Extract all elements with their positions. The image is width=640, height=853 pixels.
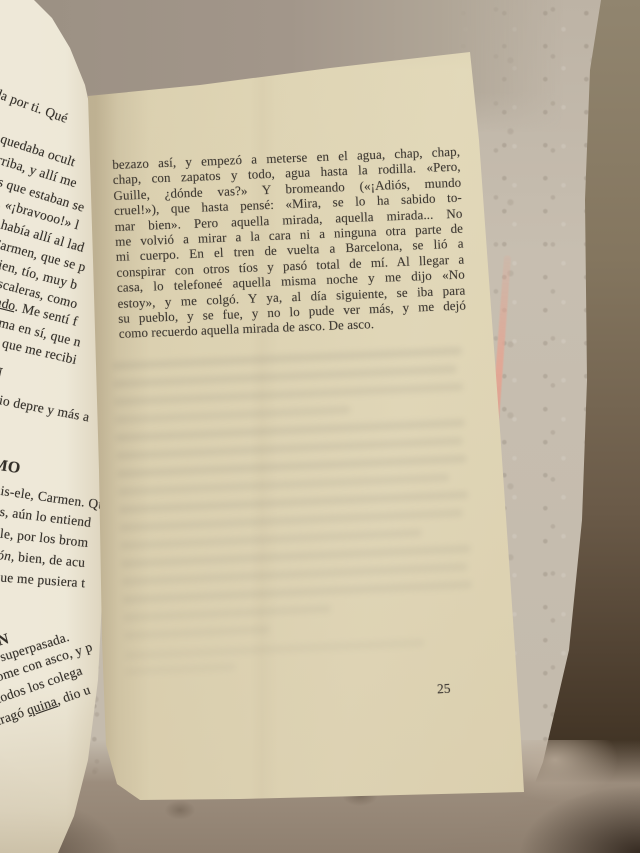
showthrough-line — [114, 383, 464, 406]
showthrough-text — [112, 344, 486, 689]
left-page-text-fragment: MO — [0, 456, 22, 478]
showthrough-line — [114, 406, 350, 424]
showthrough-line — [120, 529, 422, 550]
page-number: 25 — [437, 681, 451, 698]
showthrough-line — [123, 605, 331, 622]
left-page-text-fragment: que me pusiera t — [0, 569, 86, 591]
left-page-text-fragment: N — [0, 364, 4, 383]
showthrough-line — [125, 639, 425, 660]
showthrough-line — [125, 663, 235, 676]
showthrough-line — [122, 581, 472, 604]
showthrough-line — [118, 473, 450, 495]
left-page-text-fragment: dio depre y más a — [0, 391, 91, 426]
left-page-text-fragment: ión, bien, de acu — [0, 547, 86, 571]
body-paragraph: bezazo así, y empezó a meterse en el agu… — [112, 144, 467, 342]
book-photo: ida por ti. Quée quedaba ocultarriba, y … — [0, 0, 640, 853]
left-page-text-fragment: ida por ti. Qué — [0, 84, 70, 127]
showthrough-line — [124, 625, 270, 639]
